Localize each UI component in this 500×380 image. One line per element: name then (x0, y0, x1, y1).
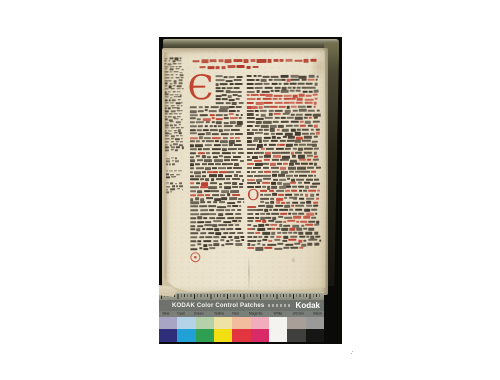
color-patch (214, 317, 232, 329)
text-column-right (247, 75, 322, 253)
ruler-scale (159, 292, 324, 300)
script-line (193, 59, 318, 64)
color-patch (196, 329, 214, 342)
patch-label: Red (232, 313, 238, 316)
color-patch (177, 317, 195, 329)
color-patch (306, 317, 324, 329)
color-patch (251, 317, 269, 329)
margin-gloss (165, 57, 184, 153)
color-patch (287, 317, 305, 329)
margin-gloss (166, 157, 182, 167)
kodak-color-strip: KODAK Color Control Patches Kodak BlueCy… (159, 292, 324, 342)
stray-mark: : (350, 350, 353, 356)
manuscript-page: Є O li (163, 50, 326, 294)
script-line (247, 247, 306, 251)
color-patches (159, 317, 324, 342)
script-line (166, 163, 179, 166)
color-patch (251, 329, 269, 342)
kodak-strip-title: KODAK Color Control Patches (159, 303, 264, 309)
color-patch (196, 317, 214, 329)
color-patch (306, 329, 324, 342)
color-patch (287, 329, 305, 342)
patch-label: White (273, 313, 282, 316)
margin-gloss (166, 170, 183, 180)
script-line (166, 191, 176, 194)
script-line (166, 176, 176, 179)
patch-label: Green (194, 313, 204, 316)
color-patch (177, 329, 195, 342)
color-patch (159, 317, 177, 329)
rosette-ornament (190, 252, 200, 262)
margin-gloss (166, 182, 183, 195)
quire-signature: li (292, 258, 294, 264)
color-patch (269, 317, 287, 329)
script-line (190, 247, 217, 251)
patch-label: Magenta (248, 313, 262, 316)
initial-E: Є (188, 72, 214, 104)
page-crease (248, 255, 249, 289)
header-scale-marks (268, 304, 290, 307)
patch-label: Yellow (214, 313, 224, 316)
patch-label: Cyan (177, 313, 185, 316)
patch-row-dark (159, 329, 324, 342)
color-patch (232, 329, 250, 342)
initial-O: O (247, 188, 259, 202)
patch-label: 3/Color (292, 313, 303, 316)
kodak-strip-header: KODAK Color Control Patches Kodak (159, 300, 324, 311)
digitized-manuscript-scan: KODAK Color Control Patches Kodak BlueCy… (0, 0, 500, 380)
patch-label: Blue (163, 313, 170, 316)
script-line (165, 149, 178, 152)
photo-area: KODAK Color Control Patches Kodak BlueCy… (159, 37, 342, 344)
color-patch (269, 329, 287, 342)
color-patch (159, 329, 177, 342)
kodak-logo: Kodak (296, 301, 324, 310)
color-patch (232, 317, 250, 329)
patch-row-light (159, 317, 324, 329)
patch-label: Black (314, 313, 323, 316)
color-patch (214, 329, 232, 342)
